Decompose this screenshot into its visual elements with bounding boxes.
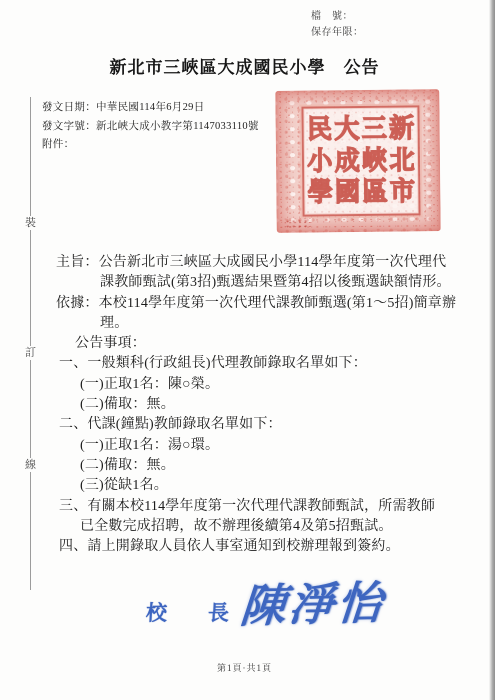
binding-mark-xian: 線	[22, 458, 39, 472]
issue-date-value: 中華民國114年6月29日	[96, 102, 205, 113]
announcement-body: 主旨：公告新北市三峽區大成國民小學114學年度第一次代理代課教師甄試(第3招)甄…	[56, 253, 462, 557]
document-title: 新北市三峽區大成國民小學 公告	[0, 53, 489, 78]
body-line: (二)備取：無。	[56, 395, 462, 415]
attachment-label: 附件：	[42, 139, 74, 150]
official-seal-inscription: 新北市三峽區大成國民小學	[301, 105, 420, 216]
body-line: (一)正取1名：陳○榮。	[56, 375, 462, 395]
archive-header: 檔 號： 保存年限：	[311, 9, 364, 41]
body-line: 一、一般類科(行政組長)代理教師錄取名單如下：	[56, 354, 462, 374]
seal-column: 新北市	[389, 110, 415, 210]
page-number-footer: 第1頁·共1頁	[0, 661, 489, 674]
principal-signature-stamp: 校 長 陳淨怡	[146, 568, 385, 633]
doc-number-label: 發文字號：	[42, 121, 96, 132]
principal-name-signature: 陳淨怡	[238, 566, 387, 635]
binding-mark-ding: 訂	[22, 346, 39, 360]
doc-number-line: 發文字號：新北峽大成小教字第1147033110號	[42, 118, 259, 137]
attachment-line: 附件：	[42, 136, 259, 155]
seal-column: 大成國	[334, 111, 360, 211]
retention-period-label: 保存年限：	[311, 25, 364, 41]
binding-line	[30, 97, 31, 590]
body-line: (二)備取：無。	[56, 456, 462, 476]
document-page: 檔 號： 保存年限： 新北市三峽區大成國民小學 公告 發文日期：中華民國114年…	[0, 0, 495, 700]
body-line: 已全數完成招聘，故不辦理後續第4及第5招甄試。	[56, 517, 462, 537]
binding-mark-zhuang: 裝	[22, 216, 39, 230]
body-line: 課教師甄試(第3招)甄選結果暨第4招以後甄選缺額情形。	[56, 273, 462, 293]
official-seal: 新北市三峽區大成國民小學	[275, 89, 440, 233]
body-line: 理。	[56, 314, 462, 334]
issue-date-line: 發文日期：中華民國114年6月29日	[42, 99, 259, 118]
seal-column: 三峽區	[362, 111, 388, 211]
file-number-label: 檔 號：	[311, 9, 364, 25]
issue-date-label: 發文日期：	[42, 102, 96, 113]
doc-number-value: 新北峽大成小教字第1147033110號	[96, 121, 259, 132]
seal-column: 民小學	[307, 111, 333, 211]
body-line: 主旨：公告新北市三峽區大成國民小學114學年度第一次代理代	[56, 253, 462, 273]
body-line: 二、代課(鐘點)教師錄取名單如下：	[56, 415, 462, 435]
body-line: 四、請上開錄取人員依人事室通知到校辦理報到簽約。	[56, 537, 462, 557]
scan-edge-shadow	[489, 0, 495, 700]
body-line: 依據：本校114學年度第一次代理代課教師甄選(第1～5招)簡章辦	[56, 294, 462, 314]
body-line: (一)正取1名：湯○環。	[56, 436, 462, 456]
body-line: 三、有關本校114學年度第一次代理代課教師甄試，所需教師	[56, 497, 462, 517]
body-line: 公告事項：	[56, 334, 462, 354]
seal-ink-smudge	[285, 218, 311, 228]
body-line: (三)從缺1名。	[56, 476, 462, 496]
principal-title: 校 長	[145, 597, 240, 627]
issue-meta: 發文日期：中華民國114年6月29日 發文字號：新北峽大成小教字第1147033…	[42, 99, 259, 155]
